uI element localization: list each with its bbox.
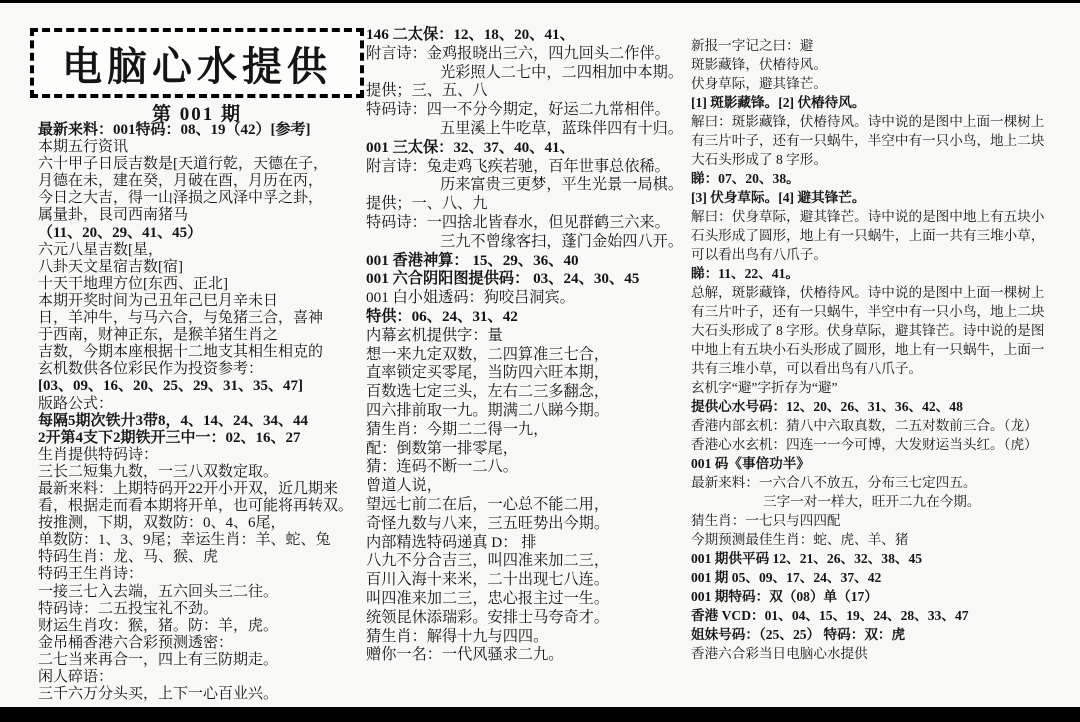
text-line: 本期开奖时间为己丑年己巳月辛未日 <box>38 293 358 310</box>
text-line: 望远七前二在后，一心总不能二用， <box>366 496 688 515</box>
text-line: 百川入海十来米，二十出现七八连。 <box>366 571 688 590</box>
text-line: 附言诗：兔走鸡飞疾若驰，百年世事总依稀。 <box>366 158 688 177</box>
top-border-line <box>0 0 1080 3</box>
lottery-tip-sheet: 电脑心水提供 第 001 期 最新来料：001特码：08、19（42）[参考]本… <box>0 0 1080 722</box>
page-title: 电脑心水提供 <box>62 35 332 92</box>
text-line: 五里溪上牛吃草，蓝珠伴四有十归。 <box>366 120 688 139</box>
text-line: 001 期特码：双（08）单（17） <box>691 587 1079 606</box>
text-line: 十天干地理方位[东西、正北] <box>38 276 358 293</box>
text-line: 特码生肖：龙、马、猴、虎 <box>38 549 358 566</box>
text-line: 光彩照人二七中，二四相加中本期。 <box>366 64 688 83</box>
text-line: 月德在未，建在癸，月破在酉，月历在丙， <box>38 173 358 190</box>
text-line: 三长二短集九数，一三八双数定取。 <box>38 464 358 481</box>
text-line: 想一来九定双数，二四算准三七合， <box>366 346 688 365</box>
text-line: 吉数，今期本座根据十二地支其相生相克的 <box>38 344 358 361</box>
text-line: 猜生肖：一七只与四四配 <box>691 511 1079 530</box>
middle-text-column: 146 二太保：12、18、20、41、附言诗：金鸡报晓出三六，四九回头二作伴。… <box>366 26 688 665</box>
text-line: 提供心水号码：12、20、26、31、36、42、48 <box>691 397 1079 416</box>
text-line: 附言诗：金鸡报晓出三六，四九回头二作伴。 <box>366 45 688 64</box>
text-line: 001 六合阴阳图提供码： 03、24、30、45 <box>366 270 688 289</box>
text-line: 历来富贵三更梦，平生光景一局棋。 <box>366 176 688 195</box>
text-line: 特码王生肖诗： <box>38 566 358 583</box>
text-line: 财运生肖攻：猴，猪。防：羊，虎。 <box>38 618 358 635</box>
text-line: 大石头形成了 8 字形。 <box>691 150 1079 169</box>
text-line: 可以看出鸟有八爪子。 <box>691 245 1079 264</box>
text-line: 内部精选特码递真 D： 排 <box>366 534 688 553</box>
left-text-column: 最新来料：001特码：08、19（42）[参考]本期五行资讯六十甲子日辰吉数是[… <box>38 122 358 703</box>
text-line: 001 白小姐透码：狗咬吕洞宾。 <box>366 289 688 308</box>
text-line: 日，羊冲牛，与马六合，与兔猪三合，喜神 <box>38 310 358 327</box>
text-line: 特码诗：二五投宝礼不劲。 <box>38 601 358 618</box>
text-line: 睇：11、22、41。 <box>691 264 1079 283</box>
text-line: 香港 VCD：01、04、15、19、24、28、33、47 <box>691 606 1079 625</box>
text-line: 二七当来再合一，四上有三防期走。 <box>38 652 358 669</box>
text-line: 伏身草际，避其锋芒。 <box>691 74 1079 93</box>
text-line: 生肖提供特码诗： <box>38 447 358 464</box>
text-line: 睇：07、20、38。 <box>691 169 1079 188</box>
text-line: 石头形成了圆形，地上有一只蜗牛，上面一共有三堆小草， <box>691 226 1079 245</box>
text-line: 解曰：伏身草际，避其锋芒。诗中说的是图中地上有五块小 <box>691 207 1079 226</box>
text-line: 叫四准来加二三，忠心报主过一生。 <box>366 590 688 609</box>
text-line: 有三片叶子，还有一只蜗牛，半空中有一只小鸟，地上二块 <box>691 131 1079 150</box>
text-line: 配：倒数第一排零尾， <box>366 440 688 459</box>
text-line: 本期五行资讯 <box>38 139 358 156</box>
text-line: 146 二太保：12、18、20、41、 <box>366 26 688 45</box>
text-line: 版路公式： <box>38 396 358 413</box>
text-line: 直率锁定买零尾，当防四六旺本期， <box>366 364 688 383</box>
text-line: [03、09、16、20、25、29、31、35、47] <box>38 378 358 395</box>
text-line: 单数防：1、3、9尾；幸运生肖：羊、蛇、兔 <box>38 532 358 549</box>
text-line: 中地上有五块小石头形成了圆形，地上有一只蜗牛，上面一 <box>691 340 1079 359</box>
text-line: 新报一字记之曰：避 <box>691 36 1079 55</box>
text-line: 斑影藏锋，伏椿待风。 <box>691 55 1079 74</box>
text-line: 总解，斑影藏锋，伏椿待风。诗中说的是图中上面一棵树上 <box>691 283 1079 302</box>
text-line: 香港心水玄机：四连一一今可博，大发财运当头红。（虎） <box>691 435 1079 454</box>
text-line: 奇怪九数与八来，三五旺势出今期。 <box>366 515 688 534</box>
text-line: 最新来料：一六合八不放五，分布三七定四五。 <box>691 473 1079 492</box>
text-line: 最新来料：上期特码开22开小开双，近几期来 <box>38 481 358 498</box>
text-line: 有三片叶子，还有一只蜗牛，半空中有一只小鸟，地上二块 <box>691 302 1079 321</box>
text-line: 一接三七入去端，五六回头三二往。 <box>38 584 358 601</box>
text-line: 001 期供平码 12、21、26、32、38、45 <box>691 549 1079 568</box>
text-line: 2开第4支下2期铁开三中一：02、16、27 <box>38 430 358 447</box>
text-line: （11、20、29、41、45） <box>38 225 358 242</box>
text-line: 每隔5期次铁廾3带8，4、14、24、34、44 <box>38 413 358 430</box>
text-line: 001 香港神算： 15、29、36、40 <box>366 252 688 271</box>
text-line: 姐妹号码：（25、25） 特码：双：虎 <box>691 625 1079 644</box>
text-line: 提供；三、五、八 <box>366 82 688 101</box>
text-line: 最新来料：001特码：08、19（42）[参考] <box>38 122 358 139</box>
text-line: 001 三太保：32、37、40、41、 <box>366 139 688 158</box>
text-line: 属量卦，艮司西南猪马 <box>38 207 358 224</box>
text-line: 今期预测最佳生肖：蛇、虎、羊、猪 <box>691 530 1079 549</box>
text-line: 四六排前取一九。期满二八睇今期。 <box>366 402 688 421</box>
text-line: 闲人碎语： <box>38 669 358 686</box>
text-line: 赠你一名：一代风骚求二九。 <box>366 646 688 665</box>
text-line: 玄机数供各位彩民作为投资参考： <box>38 361 358 378</box>
text-line: 八卦天文星宿吉数[宿] <box>38 259 358 276</box>
text-line: 三千六万分头买，上下一心百业兴。 <box>38 686 358 703</box>
text-line: 金吊桶香港六合彩预测透密： <box>38 635 358 652</box>
text-line: 看，根据走而看本期将开单，也可能将再转双。 <box>38 498 358 515</box>
bottom-border-bar <box>0 707 1080 722</box>
masthead-box: 电脑心水提供 <box>30 28 364 98</box>
text-line: 百数选七定三头，左右二三多翻念， <box>366 383 688 402</box>
text-line: 于西南，财神正东，是猴羊猪生肖之 <box>38 327 358 344</box>
text-line: 曾道人说， <box>366 477 688 496</box>
text-line: 特供：06、24、31、42 <box>366 308 688 327</box>
text-line: 六元八星吉数[星， <box>38 242 358 259</box>
text-line: 001 码《事倍功半》 <box>691 454 1079 473</box>
right-text-column: 新报一字记之曰：避斑影藏锋，伏椿待风。伏身草际，避其锋芒。[1] 斑影藏锋。[2… <box>691 36 1079 663</box>
text-line: 猜生肖：今期二二得一九， <box>366 421 688 440</box>
text-line: 内幕玄机提供字：量 <box>366 327 688 346</box>
text-line: 香港内部玄机：猜八中六取真数，二五对数前三合。（龙） <box>691 416 1079 435</box>
text-line: 解曰：斑影藏锋，伏椿待风。诗中说的是图中上面一棵树上 <box>691 112 1079 131</box>
text-line: 按推测，下期，双数防：0、4、6尾， <box>38 515 358 532</box>
text-line: 大石头形成了 8 字形。伏身草际，避其锋芒。诗中说的是图 <box>691 321 1079 340</box>
text-line: 猜：连码不断一二八。 <box>366 458 688 477</box>
text-line: 玄机字“避”字折存为“避” <box>691 378 1079 397</box>
text-line: [1] 斑影藏锋。[2] 伏椿待风。 <box>691 93 1079 112</box>
text-line: 特码诗：一四捨北皆春水，但见群鹤三六来。 <box>366 214 688 233</box>
text-line: 共有三堆小草，可以看出鸟有八爪子。 <box>691 359 1079 378</box>
text-line: 香港六合彩当日电脑心水提供 <box>691 644 1079 663</box>
text-line: 统领昆休添瑞彩。安排士马夸奇才。 <box>366 609 688 628</box>
text-line: 六十甲子日辰吉数是[天道行乾，天德在子， <box>38 156 358 173</box>
text-line: 八九不分合吉三，叫四准来加二三， <box>366 552 688 571</box>
text-line: 三九不曾缘客扫，蓬门金始四八开。 <box>366 233 688 252</box>
text-line: 001 期 05、09、17、24、37、42 <box>691 568 1079 587</box>
text-line: 今日之大吉，得一山泽损之风泽中孚之卦， <box>38 190 358 207</box>
text-line: 提供；一、八、九 <box>366 195 688 214</box>
text-line: 三字一对一样大，旺开二九在今期。 <box>691 492 1079 511</box>
text-line: [3] 伏身草际。[4] 避其锋芒。 <box>691 188 1079 207</box>
text-line: 特码诗：四一不分今期定，好运二九常相伴。 <box>366 101 688 120</box>
text-line: 猜生肖：解得十九与四四。 <box>366 628 688 647</box>
